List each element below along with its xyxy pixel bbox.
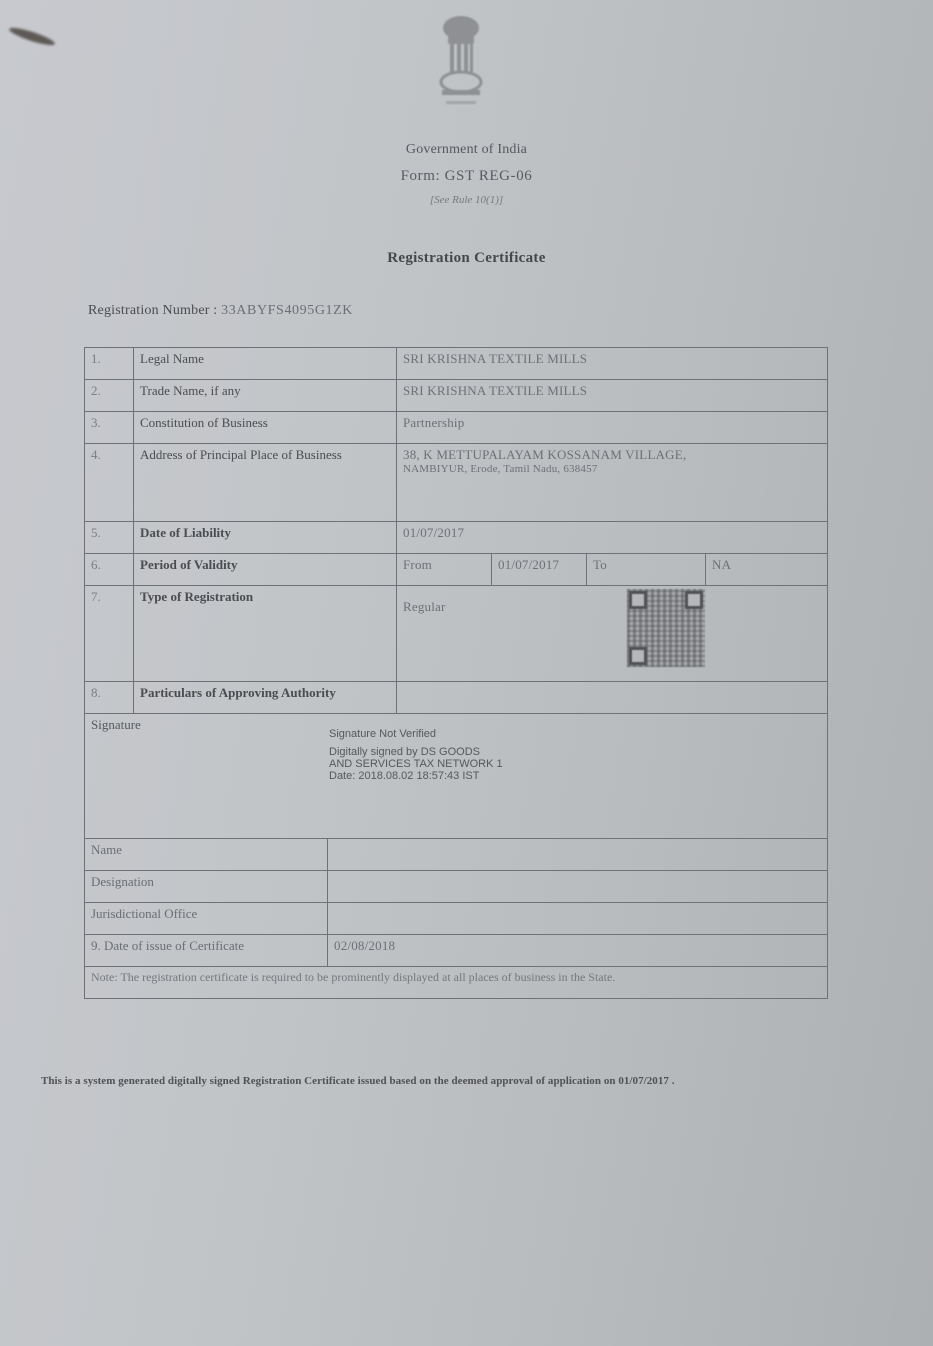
display-note: Note: The registration certificate is re… bbox=[85, 967, 828, 999]
registration-type-value: Regular bbox=[403, 589, 821, 615]
trade-name-value: SRI KRISHNA TEXTILE MILLS bbox=[397, 380, 828, 412]
table-row: 5. Date of Liability 01/07/2017 bbox=[85, 522, 828, 554]
table-row: 8. Particulars of Approving Authority bbox=[85, 682, 828, 714]
registration-type-cell: Regular bbox=[397, 586, 828, 682]
designation-value bbox=[328, 871, 828, 903]
issue-date-value: 02/08/2018 bbox=[328, 935, 828, 967]
legal-name-value: SRI KRISHNA TEXTILE MILLS bbox=[397, 348, 828, 380]
signature-cell: Signature Signature Not Verified Digital… bbox=[85, 714, 828, 839]
signature-line-2: AND SERVICES TAX NETWORK 1 bbox=[329, 758, 503, 770]
government-heading: Government of India bbox=[0, 142, 933, 158]
signature-status: Signature Not Verified bbox=[329, 728, 503, 740]
date-of-liability-value: 01/07/2017 bbox=[397, 522, 828, 554]
row-number: 8. bbox=[85, 682, 134, 714]
validity-to-label: To bbox=[587, 554, 706, 586]
constitution-value: Partnership bbox=[397, 412, 828, 444]
jurisdictional-office-label: Jurisdictional Office bbox=[85, 903, 328, 935]
rule-reference: [See Rule 10(1)] bbox=[0, 194, 933, 206]
paper-smudge bbox=[8, 25, 56, 48]
validity-to-value: NA bbox=[706, 554, 828, 586]
table-row: 7. Type of Registration Regular bbox=[85, 586, 828, 682]
table-row: 4. Address of Principal Place of Busines… bbox=[85, 444, 828, 522]
approving-authority-value bbox=[397, 682, 828, 714]
validity-from-label: From bbox=[397, 554, 492, 586]
name-label: Name bbox=[85, 839, 328, 871]
table-row: 2. Trade Name, if any SRI KRISHNA TEXTIL… bbox=[85, 380, 828, 412]
table-row: 1. Legal Name SRI KRISHNA TEXTILE MILLS bbox=[85, 348, 828, 380]
table-row: 3. Constitution of Business Partnership bbox=[85, 412, 828, 444]
table-row: 9. Date of issue of Certificate 02/08/20… bbox=[85, 935, 828, 967]
address-value: 38, K METTUPALAYAM KOSSANAM VILLAGE, NAM… bbox=[397, 444, 828, 522]
digital-signature-stamp: Signature Not Verified Digitally signed … bbox=[329, 728, 503, 782]
name-value bbox=[328, 839, 828, 871]
qr-code-icon bbox=[627, 589, 705, 667]
row-number: 5. bbox=[85, 522, 134, 554]
row-label: Particulars of Approving Authority bbox=[134, 682, 397, 714]
signature-line-1: Digitally signed by DS GOODS bbox=[329, 746, 503, 758]
table-row: Note: The registration certificate is re… bbox=[85, 967, 828, 999]
issue-date-label: 9. Date of issue of Certificate bbox=[85, 935, 328, 967]
registration-number-label: Registration Number : bbox=[88, 303, 217, 318]
row-label: Type of Registration bbox=[134, 586, 397, 682]
row-number: 1. bbox=[85, 348, 134, 380]
signature-row: Signature Signature Not Verified Digital… bbox=[85, 714, 828, 839]
row-number: 7. bbox=[85, 586, 134, 682]
registration-number: Registration Number : 33ABYFS4095G1ZK bbox=[88, 303, 353, 319]
registration-number-value: 33ABYFS4095G1ZK bbox=[221, 303, 353, 318]
form-number: Form: GST REG-06 bbox=[0, 168, 933, 185]
row-number: 3. bbox=[85, 412, 134, 444]
row-number: 4. bbox=[85, 444, 134, 522]
address-line-2: NAMBIYUR, Erode, Tamil Nadu, 638457 bbox=[403, 463, 821, 475]
row-label: Date of Liability bbox=[134, 522, 397, 554]
table-row: Name bbox=[85, 839, 828, 871]
designation-label: Designation bbox=[85, 871, 328, 903]
certificate-title: Registration Certificate bbox=[0, 250, 933, 267]
row-label: Legal Name bbox=[134, 348, 397, 380]
row-label: Period of Validity bbox=[134, 554, 397, 586]
row-label: Trade Name, if any bbox=[134, 380, 397, 412]
table-row: Jurisdictional Office bbox=[85, 903, 828, 935]
system-generated-footer: This is a system generated digitally sig… bbox=[41, 1075, 675, 1087]
row-number: 6. bbox=[85, 554, 134, 586]
row-label: Address of Principal Place of Business bbox=[134, 444, 397, 522]
jurisdictional-office-value bbox=[328, 903, 828, 935]
table-row: 6. Period of Validity From 01/07/2017 To… bbox=[85, 554, 828, 586]
validity-from-value: 01/07/2017 bbox=[492, 554, 587, 586]
row-label: Constitution of Business bbox=[134, 412, 397, 444]
certificate-table: 1. Legal Name SRI KRISHNA TEXTILE MILLS … bbox=[84, 347, 828, 999]
row-number: 2. bbox=[85, 380, 134, 412]
table-row: Designation bbox=[85, 871, 828, 903]
signature-line-3: Date: 2018.08.02 18:57:43 IST bbox=[329, 770, 503, 782]
address-line-1: 38, K METTUPALAYAM KOSSANAM VILLAGE, bbox=[403, 447, 821, 463]
national-emblem-icon bbox=[428, 10, 494, 110]
